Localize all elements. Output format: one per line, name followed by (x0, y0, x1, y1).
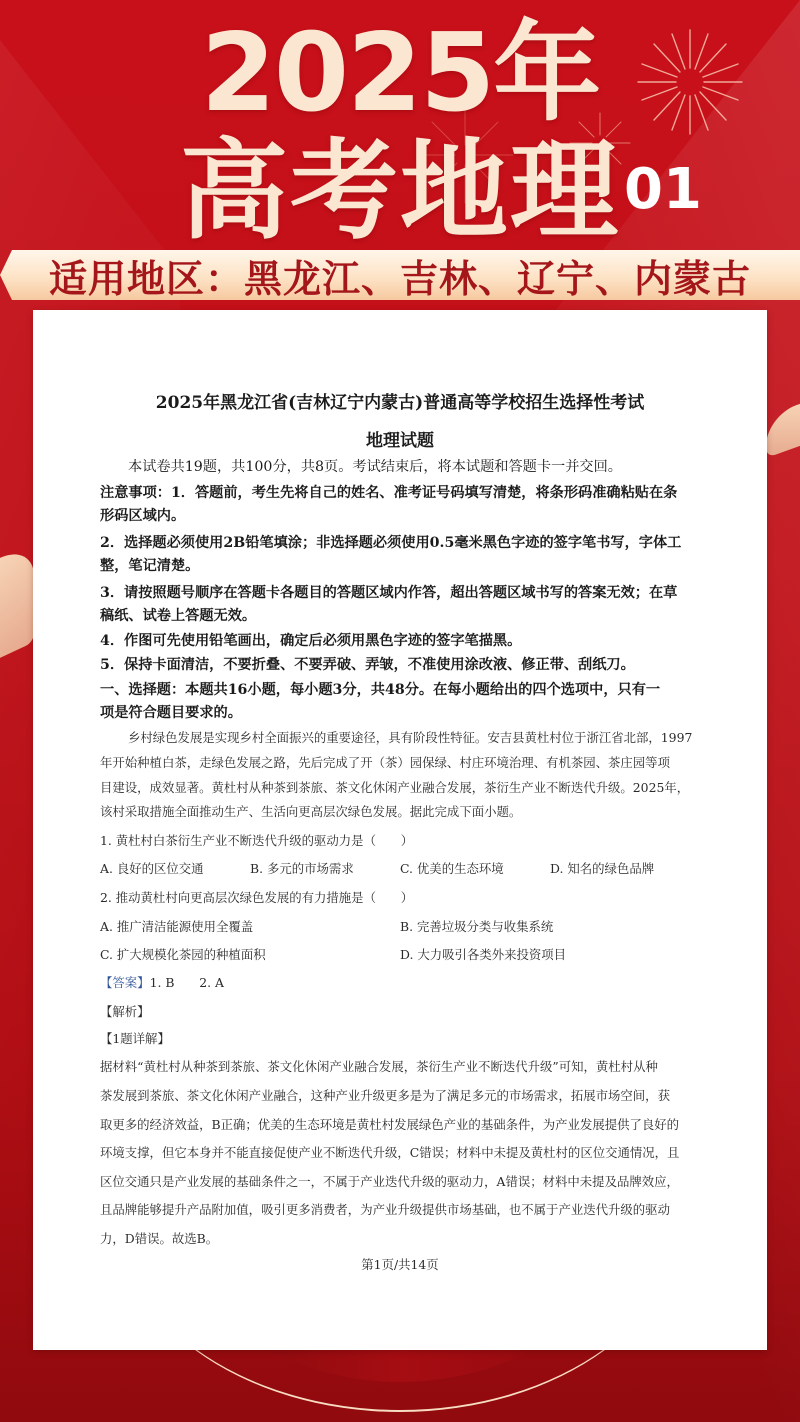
note-line: 2．选择题必须使用2B铅笔填涂；非选择题必须使用0.5毫米黑色字迹的签字笔书写，… (100, 532, 700, 554)
question-1-option-a: A. 良好的区位交通 (100, 859, 204, 877)
note-line: 整，笔记清楚。 (100, 555, 700, 577)
section-heading: 项是符合题目要求的。 (100, 702, 700, 724)
note-line: 形码区域内。 (100, 505, 700, 527)
passage-line: 乡村绿色发展是实现乡村全面振兴的重要途径，具有阶段性特征。安吉县黄杜村位于浙江省… (100, 727, 700, 749)
region-banner: 适用地区：黑龙江、吉林、辽宁、内蒙古 (0, 250, 800, 300)
answer-label: 【答案】 (100, 975, 150, 990)
explanation-line: 据材料“黄杜村从种茶到茶旅、茶文化休闲产业融合发展，茶衍生产业不断迭代升级”可知… (100, 1056, 700, 1078)
analysis-label: 【解析】 (100, 1001, 700, 1023)
banner-year: 2025年 (0, 14, 800, 134)
note-line: 注意事项：1．答题前，考生先将自己的姓名、准考证号码填写清楚，将条形码准确粘贴在… (100, 482, 700, 504)
answer-values: 1. B 2. A (150, 975, 224, 990)
exam-page: 2025年黑龙江省(吉林辽宁内蒙古)普通高等学校招生选择性考试 地理试题 本试卷… (33, 310, 767, 1350)
note-line: 4．作图可先使用铅笔画出，确定后必须用黑色字迹的签字笔描黑。 (100, 630, 700, 652)
region-text: 适用地区：黑龙江、吉林、辽宁、内蒙古 (49, 248, 751, 303)
question-1-option-d: D. 知名的绿色品牌 (550, 859, 654, 877)
page-footer: 第1页/共14页 (100, 1255, 700, 1273)
note-line: 5．保持卡面清洁，不要折叠、不要弄破、弄皱，不准使用涂改液、修正带、刮纸刀。 (100, 654, 700, 676)
passage-line: 年开始种植白茶，走绿色发展之路，先后完成了开（茶）园保绿、村庄环境治理、有机茶园… (100, 752, 700, 774)
section-heading: 一、选择题：本题共16小题，每小题3分，共48分。在每小题给出的四个选项中，只有… (100, 679, 700, 701)
question-2-option-b: B. 完善垃圾分类与收集系统 (400, 917, 553, 935)
note-line: 3．请按照题号顺序在答题卡各题目的答题区域内作答，超出答题区域书写的答案无效；在… (100, 582, 700, 604)
exam-title: 2025年黑龙江省(吉林辽宁内蒙古)普通高等学校招生选择性考试 (100, 388, 700, 413)
note-line: 稿纸、试卷上答题无效。 (100, 605, 700, 627)
detail-label: 【1题详解】 (100, 1028, 700, 1050)
question-2-option-a: A. 推广清洁能源使用全覆盖 (100, 917, 253, 935)
answer-line: 【答案】1. B 2. A (100, 972, 700, 994)
question-1-option-b: B. 多元的市场需求 (250, 859, 354, 877)
banner-number: 01 (624, 158, 702, 222)
passage-line: 该村采取措施全面推动生产、生活向更高层次绿色发展。据此完成下面小题。 (100, 801, 700, 823)
explanation-line: 茶发展到茶旅、茶文化休闲产业融合，这种产业升级更多是为了满足多元的市场需求，拓展… (100, 1085, 700, 1107)
exam-subtitle: 地理试题 (100, 426, 700, 451)
question-2-option-c: C. 扩大规模化茶园的种植面积 (100, 945, 266, 963)
exam-intro: 本试卷共19题，共100分，共8页。考试结束后，将本试题和答题卡一并交回。 (100, 456, 700, 478)
explanation-line: 力，D错误。故选B。 (100, 1228, 700, 1250)
question-2-option-d: D. 大力吸引各类外来投资项目 (400, 945, 566, 963)
explanation-line: 区位交通只是产业发展的基础条件之一，不属于产业迭代升级的驱动力，A错误；材料中未… (100, 1171, 700, 1193)
ribbon-decoration-left (0, 542, 34, 658)
question-1-stem: 1. 黄杜村白茶衍生产业不断迭代升级的驱动力是（ ） (100, 830, 700, 852)
question-1-option-c: C. 优美的生态环境 (400, 859, 504, 877)
explanation-line: 取更多的经济效益，B正确；优美的生态环境是黄杜村发展绿色产业的基础条件，为产业发… (100, 1114, 700, 1136)
explanation-line: 且品牌能够提升产品附加值，吸引更多消费者，为产业升级提供市场基础，也不属于产业迭… (100, 1199, 700, 1221)
passage-line: 目建设，成效显著。黄杜村从种茶到茶旅、茶文化休闲产业融合发展，茶衍生产业不断迭代… (100, 777, 700, 799)
question-2-stem: 2. 推动黄杜村向更高层次绿色发展的有力措施是（ ） (100, 887, 700, 909)
explanation-line: 环境支撑，但它本身并不能直接促使产业不断迭代升级，C错误；材料中未提及黄杜村的区… (100, 1142, 700, 1164)
